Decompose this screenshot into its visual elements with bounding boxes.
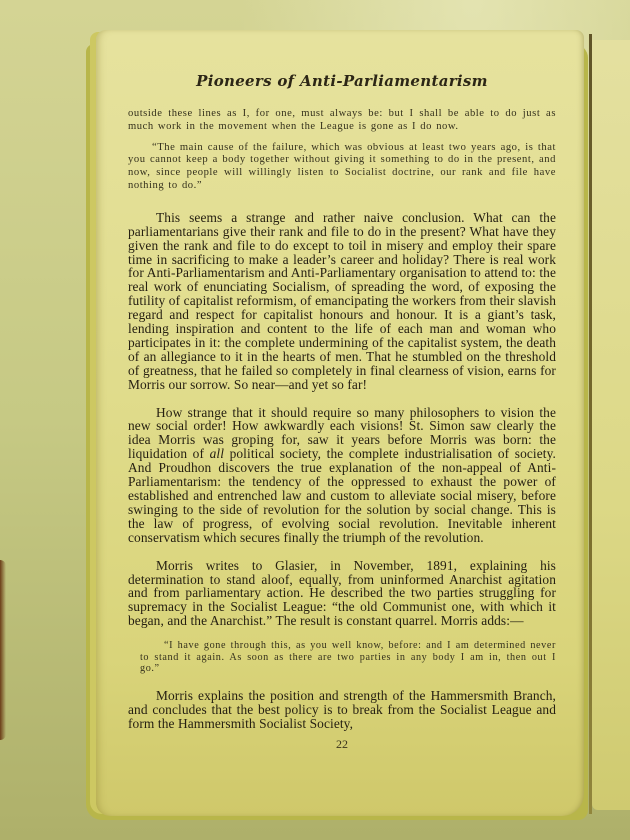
paragraph-text-after: political society, the complete industri… <box>128 446 556 544</box>
page-number: 22 <box>128 737 556 752</box>
quote-block-1: “The main cause of the failure, which wa… <box>128 142 556 193</box>
page-content: Pioneers of Anti-Parliamentarism outside… <box>128 72 556 752</box>
paragraph-hammersmith: Morris explains the position and strengt… <box>128 689 556 731</box>
quote-continuation: outside these lines as I, for one, must … <box>128 108 556 134</box>
emphasis-all: all <box>210 446 224 461</box>
quote-block-2-wrapper: “I have gone through this, as you well k… <box>128 640 556 675</box>
quote-block-2: “I have gone through this, as you well k… <box>140 640 556 675</box>
running-head: Pioneers of Anti-Parliamentarism <box>128 72 556 90</box>
object-shadow <box>0 560 6 740</box>
book-gutter <box>589 34 592 814</box>
paragraph-naive-conclusion: This seems a strange and rather naive co… <box>128 211 556 392</box>
paragraph-glasier-letter: Morris writes to Glasier, in November, 1… <box>128 559 556 629</box>
paragraph-philosophers: How strange that it should require so ma… <box>128 406 556 545</box>
facing-page-edge <box>592 40 630 810</box>
